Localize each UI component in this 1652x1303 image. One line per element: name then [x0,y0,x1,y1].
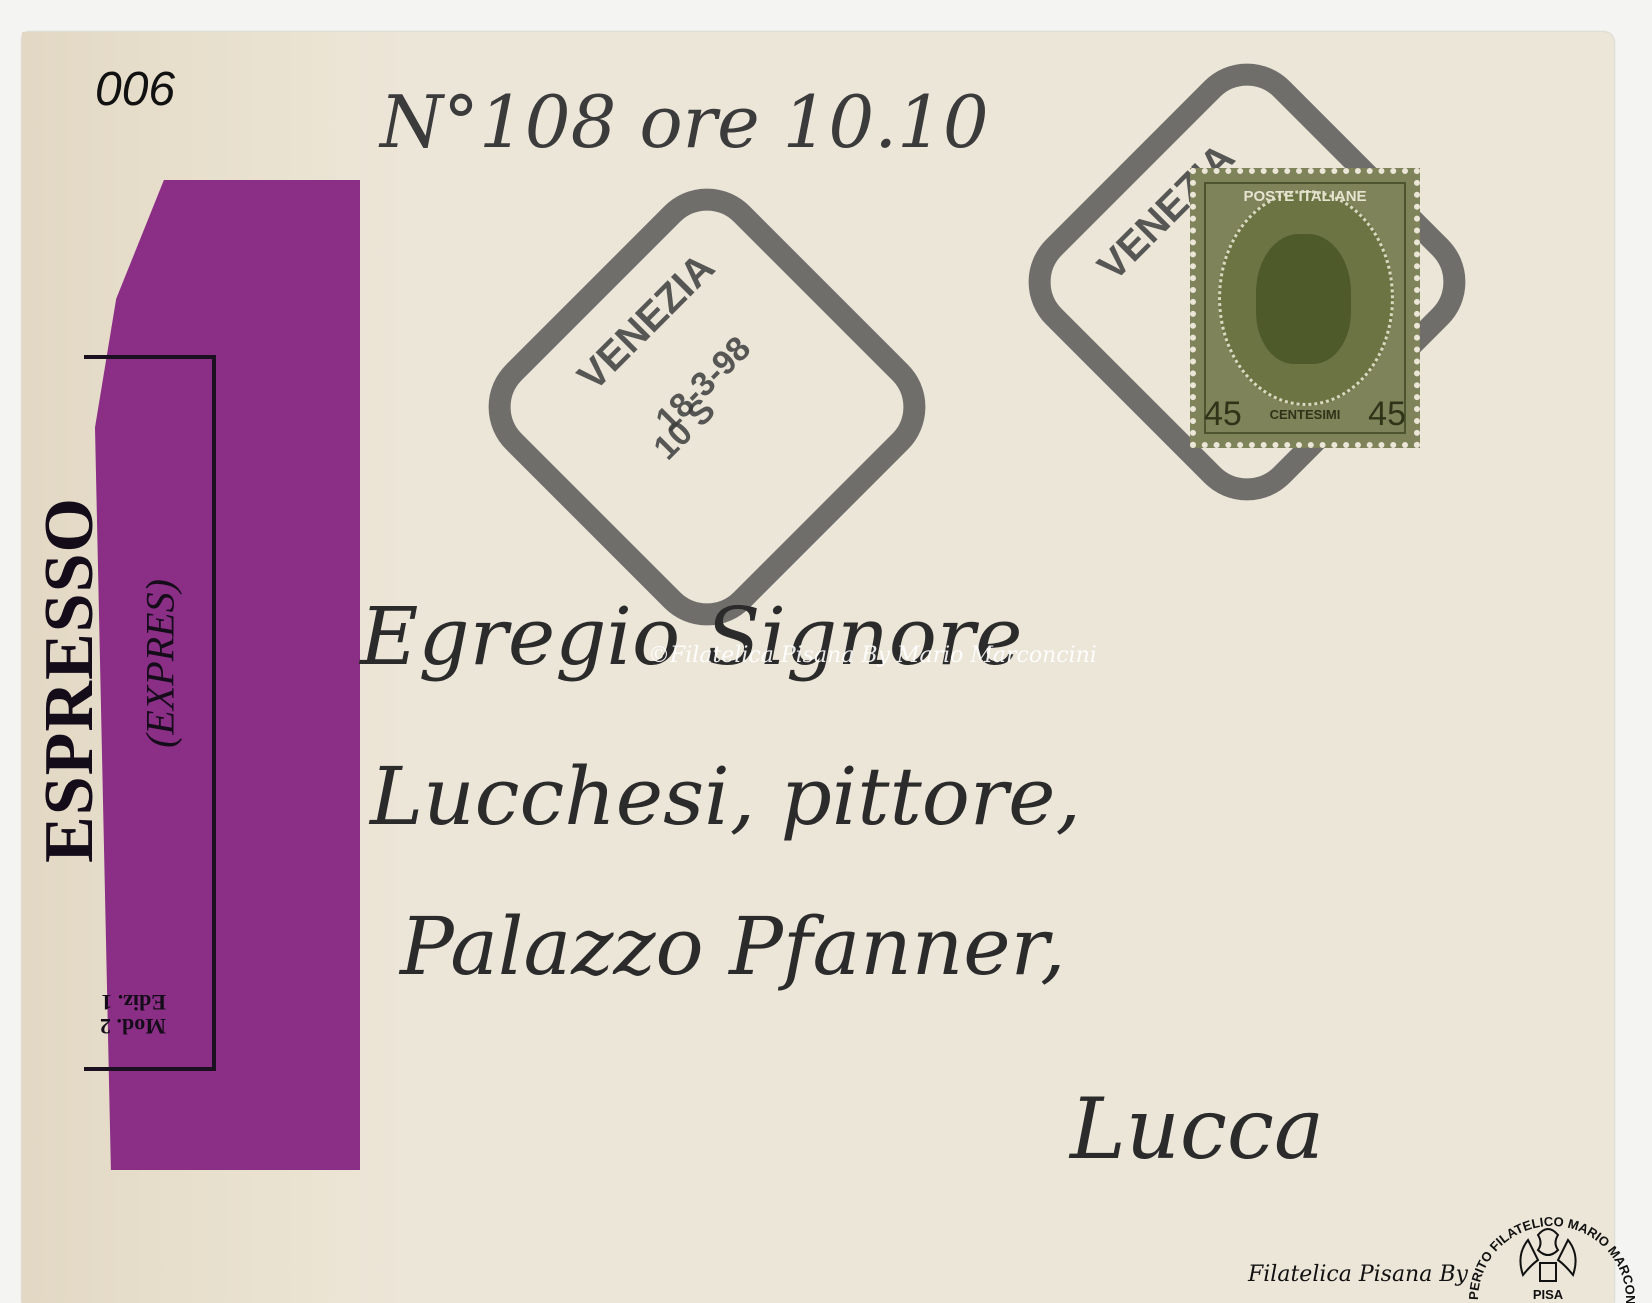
stamp-value-right: 45 [1368,395,1406,434]
stamp-top-text: POSTE ITALIANE [1196,188,1414,205]
expert-seal: PERITO FILATELICO MARIO MARCONCINI PISA [1458,1175,1638,1303]
form-line-2: Ediz. 1 [100,990,166,1014]
registration-note: N°108 ore 10.10 [380,80,989,164]
watermark: ©Filatelica Pisana By Mario Marconcini [648,643,1097,668]
address-line-2: Lucchesi, pittore, [370,750,1081,843]
stamp-value-left: 45 [1204,395,1242,434]
postage-stamp: POSTE ITALIANE 45 CENTESIMI 45 [1190,168,1420,448]
svg-text:PERITO FILATELICO MARIO MARCON: PERITO FILATELICO MARIO MARCONCINI [1458,1175,1638,1303]
seal-city: PISA [1533,1287,1564,1302]
seal-arc-text: PERITO FILATELICO MARIO MARCONCINI [1458,1175,1638,1303]
address-line-3: Palazzo Pfanner, [400,900,1066,993]
king-portrait-icon [1256,234,1351,364]
form-line-1: Mod. 2 [100,1014,166,1038]
address-line-1: Egregio Signore [360,590,1022,683]
express-label-title: ESPRESSO [30,400,110,960]
express-label-subtitle: (EXPRES) [137,494,184,834]
stamp-bottom: 45 CENTESIMI 45 [1196,395,1414,434]
signature: Filatelica Pisana By [1248,1262,1468,1287]
stamp-denomination: CENTESIMI [1270,407,1341,422]
express-label-form: Mod. 2 Ediz. 1 [100,990,166,1038]
catalog-number: 006 [95,62,175,117]
eagle-icon [1520,1229,1575,1281]
address-line-4: Lucca [1070,1080,1324,1178]
